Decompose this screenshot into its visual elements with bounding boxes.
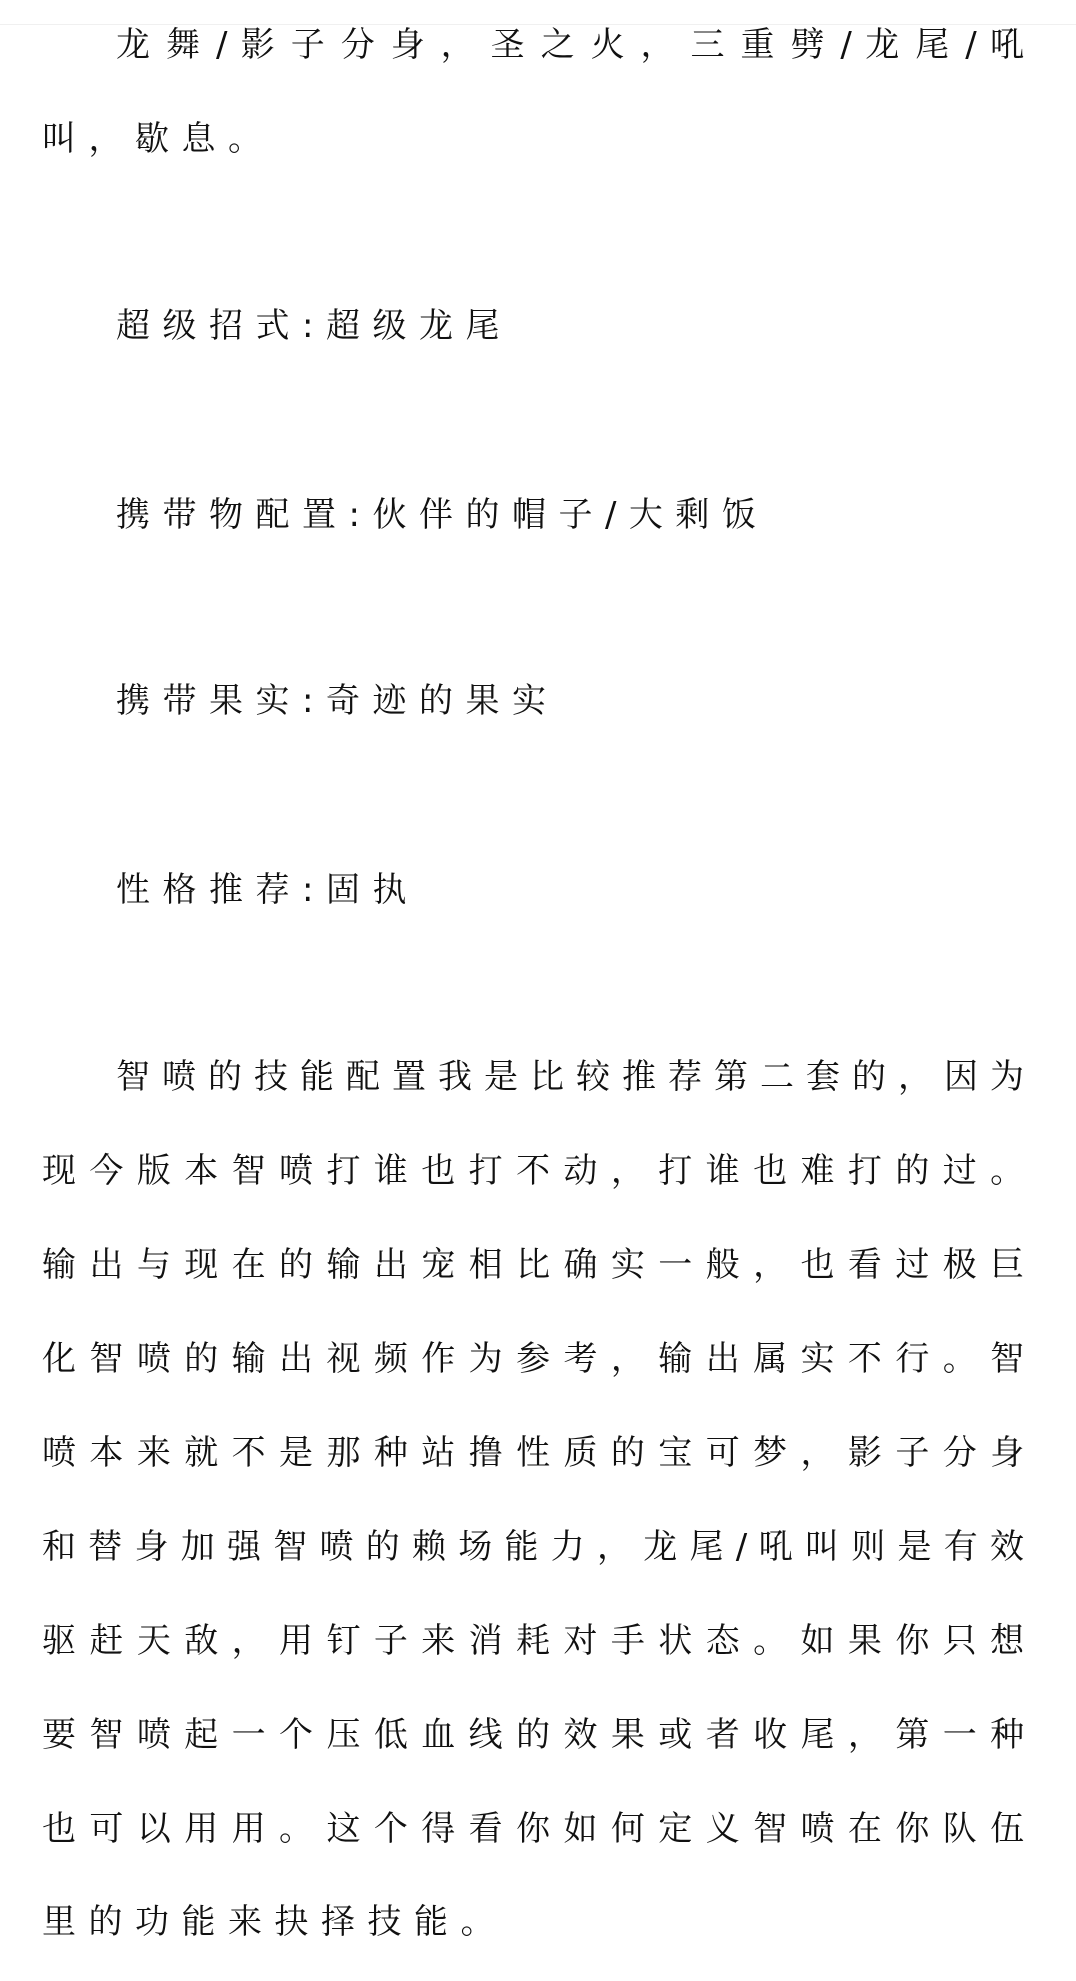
paragraph-line-8: 要 智 喷 起 一 个 压 低 血 线 的 效 果 或 者 收 尾 ， 第 一 … <box>42 1715 1024 1755</box>
nature-line: 性格推荐:固执 <box>116 870 1024 910</box>
paragraph-line-10: 里的功能来抉择技能。 <box>42 1902 1024 1942</box>
paragraph-line-3: 输 出 与 现 在 的 输 出 宠 相 比 确 实 一 般 ， 也 看 过 极 … <box>42 1245 1024 1285</box>
paragraph-line-5: 喷 本 来 就 不 是 那 种 站 撸 性 质 的 宝 可 梦 ， 影 子 分 … <box>42 1433 1024 1473</box>
intro-line-2: 叫，歇息。 <box>42 119 1024 159</box>
held-items-line: 携带物配置:伙伴的帽子/大剩饭 <box>116 495 1024 535</box>
paragraph-line-6: 和 替 身 加 强 智 喷 的 赖 场 能 力 ， 龙 尾 / 吼 叫 则 是 … <box>42 1527 1024 1567</box>
paragraph-line-1: 智 喷 的 技 能 配 置 我 是 比 较 推 荐 第 二 套 的 ， 因 为 <box>116 1057 1024 1097</box>
paragraph-line-2: 现 今 版 本 智 喷 打 谁 也 打 不 动 ， 打 谁 也 难 打 的 过 … <box>42 1151 1024 1191</box>
held-berry-line: 携带果实:奇迹的果实 <box>116 681 1024 721</box>
paragraph-line-4: 化 智 喷 的 输 出 视 频 作 为 参 考 ， 输 出 属 实 不 行 。 … <box>42 1339 1024 1379</box>
paragraph-line-7: 驱 赶 天 敌 ， 用 钉 子 来 消 耗 对 手 状 态 。 如 果 你 只 … <box>42 1621 1024 1661</box>
super-move-line: 超级招式:超级龙尾 <box>116 306 1024 346</box>
intro-line-1: 龙 舞 / 影 子 分 身 ， 圣 之 火 ， 三 重 劈 / 龙 尾 / 吼 <box>116 25 1024 65</box>
paragraph-line-9: 也 可 以 用 用 。 这 个 得 看 你 如 何 定 义 智 喷 在 你 队 … <box>42 1809 1024 1849</box>
